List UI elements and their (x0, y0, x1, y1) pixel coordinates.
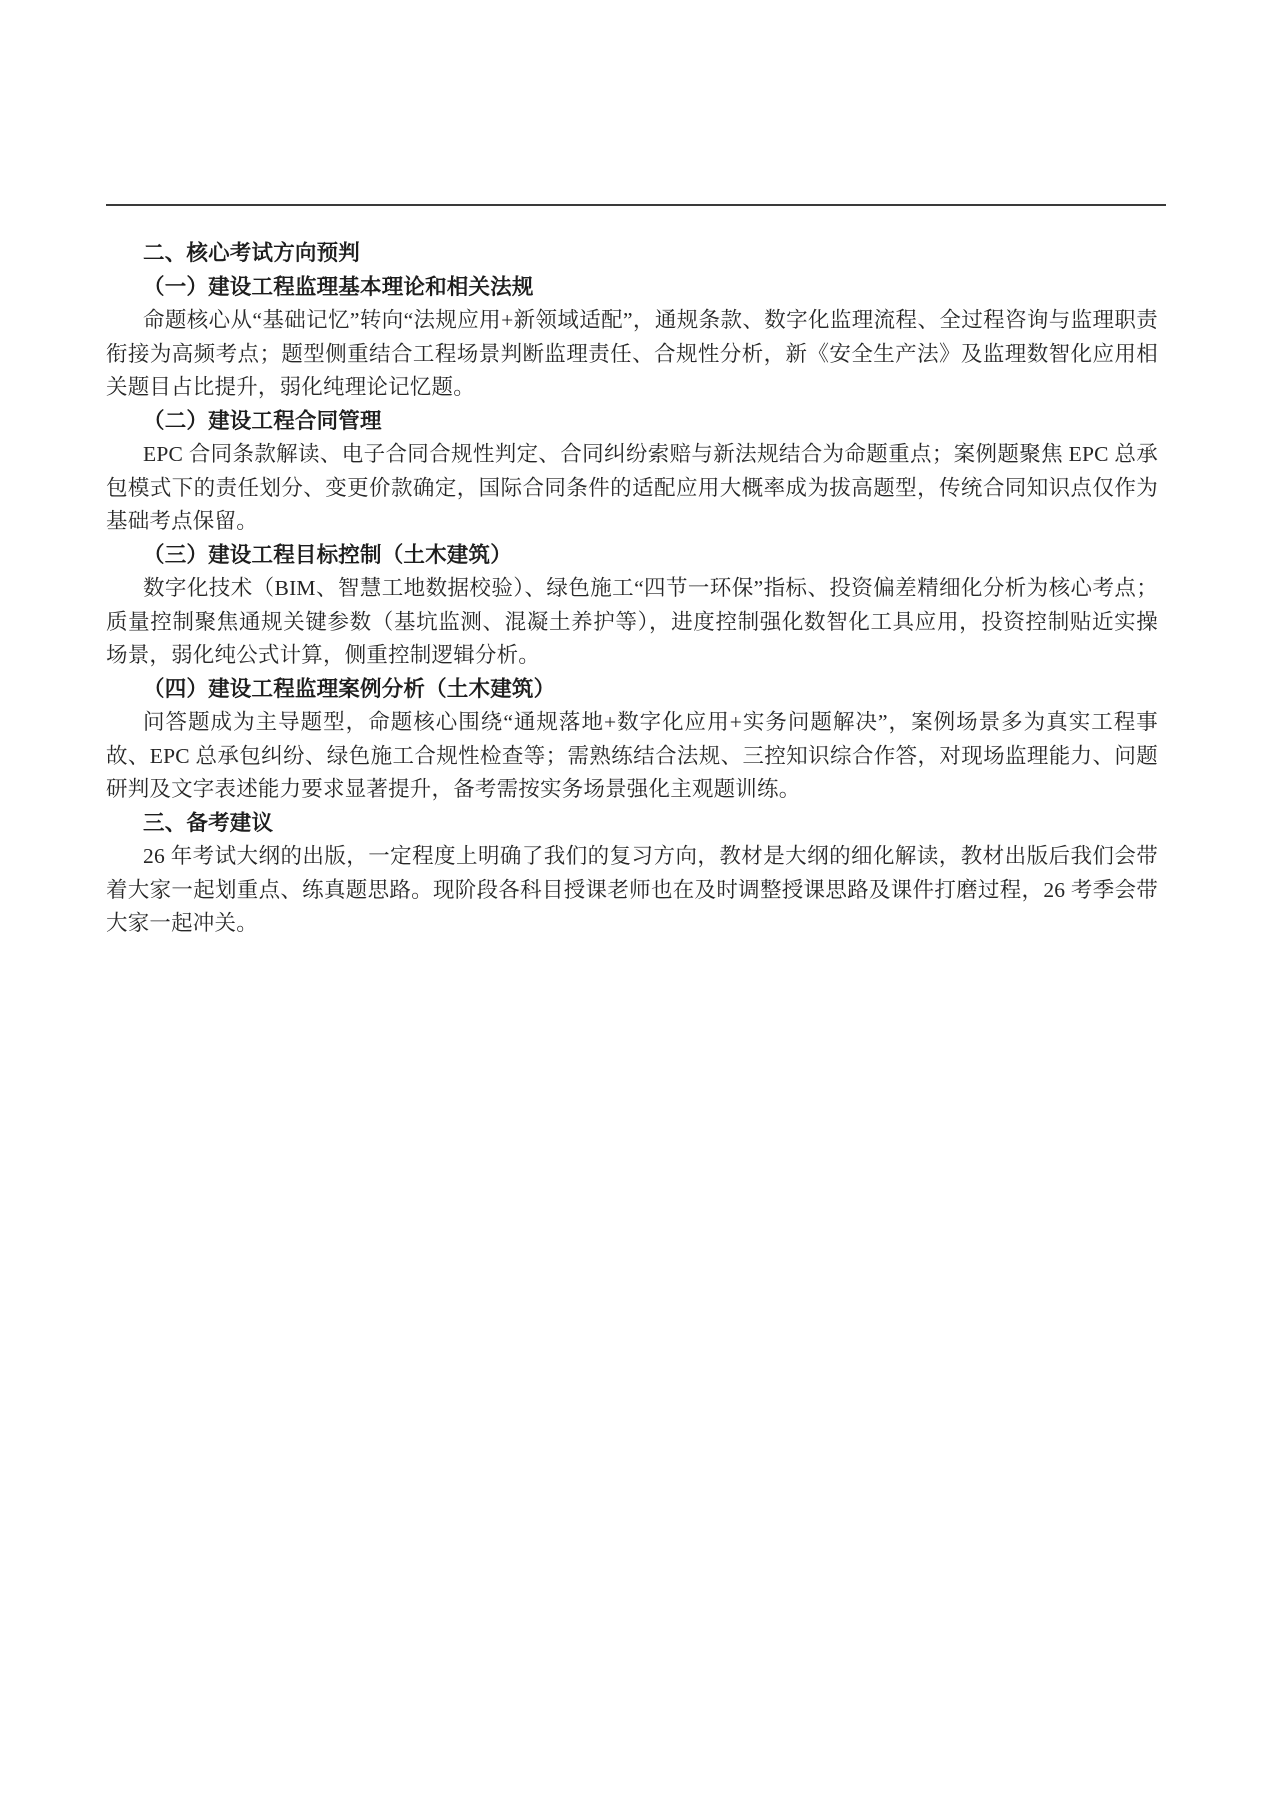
paragraph-contract-management: EPC 合同条款解读、电子合同合规性判定、合同纠纷索赔与新法规结合为命题重点；案… (106, 438, 1158, 539)
header-rule (106, 204, 1166, 206)
paragraph-basic-theory-and-regulations: 命题核心从“基础记忆”转向“法规应用+新领域适配”，通规条款、数字化监理流程、全… (106, 304, 1158, 405)
paragraph-case-analysis: 问答题成为主导题型，命题核心围绕“通规落地+数字化应用+实务问题解决”，案例场景… (106, 706, 1158, 807)
document-content: 二、核心考试方向预判 （一）建设工程监理基本理论和相关法规 命题核心从“基础记忆… (106, 237, 1158, 941)
subsection-heading-basic-theory-and-regulations: （一）建设工程监理基本理论和相关法规 (106, 271, 1158, 305)
subsection-heading-contract-management: （二）建设工程合同管理 (106, 405, 1158, 439)
subsection-heading-target-control: （三）建设工程目标控制（土木建筑） (106, 539, 1158, 573)
paragraph-target-control: 数字化技术（BIM、智慧工地数据校验）、绿色施工“四节一环保”指标、投资偏差精细… (106, 572, 1158, 673)
section-heading-core-exam-direction: 二、核心考试方向预判 (106, 237, 1158, 271)
subsection-heading-case-analysis: （四）建设工程监理案例分析（土木建筑） (106, 673, 1158, 707)
document-page: 二、核心考试方向预判 （一）建设工程监理基本理论和相关法规 命题核心从“基础记忆… (0, 0, 1280, 1811)
paragraph-preparation-advice: 26 年考试大纲的出版，一定程度上明确了我们的复习方向，教材是大纲的细化解读，教… (106, 840, 1158, 941)
section-heading-preparation-advice: 三、备考建议 (106, 807, 1158, 841)
